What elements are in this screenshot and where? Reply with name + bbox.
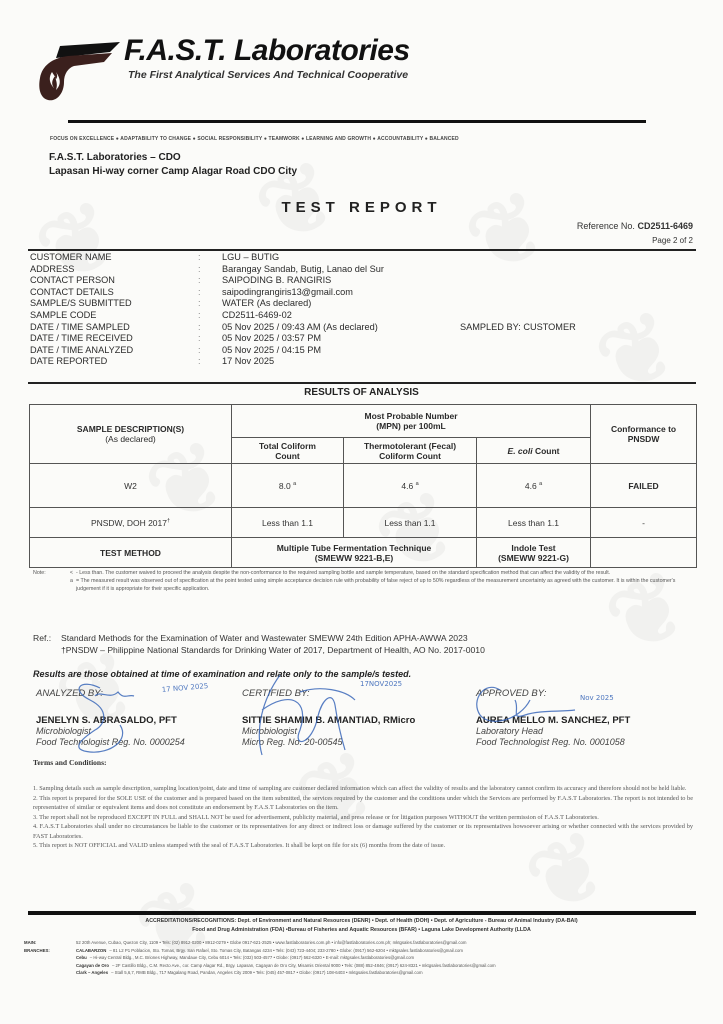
reference-text: Standard Methods for the Examination of …: [61, 632, 468, 644]
test-method-label: TEST METHOD: [30, 538, 232, 568]
brand-name: F.A.S.T. Laboratories: [124, 34, 410, 68]
info-label: DATE / TIME ANALYZED: [30, 345, 198, 357]
address-text: – 81 L2 P1 Poblacion, Sto. Tomas, Brgy. …: [109, 947, 463, 955]
value: 4.6: [525, 481, 537, 491]
header-label: SAMPLE DESCRIPTION(S): [32, 424, 229, 434]
results-disclaimer: Results are those obtained at time of ex…: [33, 669, 411, 679]
info-label: SAMPLE/S SUBMITTED: [30, 298, 198, 310]
signatory-registration: Food Technologist Reg. No. 0001058: [476, 737, 686, 748]
info-row-date-reported: DATE REPORTED:17 Nov 2025: [30, 356, 690, 368]
method-code: (SMEWW 9221-G): [479, 553, 588, 563]
flag: a: [416, 481, 419, 487]
note-item: a = The measured result was observed out…: [33, 577, 693, 593]
info-value: 05 Nov 2025 / 04:15 PM: [222, 345, 452, 357]
signatory-position: Microbiologist: [36, 726, 246, 737]
sample-info-block: CUSTOMER NAME:LGU – BUTIG ADDRESS:Barang…: [30, 252, 690, 368]
info-row-date-received: DATE / TIME RECEIVED:05 Nov 2025 / 03:57…: [30, 333, 690, 345]
reference-item: †PNSDW – Philippine National Standards f…: [33, 644, 693, 656]
header-ecoli: E. coli Count: [477, 438, 591, 464]
note-item: Note: < - Less than. The customer waived…: [33, 569, 693, 577]
results-table: SAMPLE DESCRIPTION(S) (As declared) Most…: [29, 404, 697, 568]
info-row-samples-submitted: SAMPLE/S SUBMITTED:WATER (As declared): [30, 298, 690, 310]
sample-description-cell: W2: [30, 464, 232, 508]
info-value: Barangay Sandab, Butig, Lanao del Sur: [222, 264, 452, 276]
flame-swoosh-logo: [38, 38, 120, 104]
address-branch: Clark – Angeles– Stall 5,6,7, RMB Bldg.,…: [24, 969, 704, 977]
info-value: saipodingrangiris13@gmail.com: [222, 287, 452, 299]
note-symbol: <: [61, 569, 76, 577]
branch-address: Lapasan Hi-way corner Camp Alagar Road C…: [49, 166, 297, 177]
sampled-by: SAMPLED BY: CUSTOMER: [452, 322, 690, 334]
note-label: Note:: [33, 569, 61, 577]
info-label: SAMPLE CODE: [30, 310, 198, 322]
dagger-mark: †: [167, 518, 170, 524]
address-text: 52 20th Avenue, Cubao, Quezon City, 1109…: [76, 939, 466, 947]
method-code: (SMEWW 9221-B,E): [234, 553, 474, 563]
reference-value: CD2511-6469: [637, 221, 693, 231]
total-coliform-cell: 8.0 a: [232, 464, 344, 508]
info-colon: :: [198, 287, 222, 299]
info-label: CONTACT DETAILS: [30, 287, 198, 299]
info-label: CUSTOMER NAME: [30, 252, 198, 264]
info-colon: :: [198, 356, 222, 368]
table-row-test-method: TEST METHOD Multiple Tube Fermentation T…: [30, 538, 697, 568]
notes-block: Note: < - Less than. The customer waived…: [33, 569, 693, 593]
info-label: DATE / TIME SAMPLED: [30, 322, 198, 334]
table-header-row: SAMPLE DESCRIPTION(S) (As declared) Most…: [30, 405, 697, 438]
info-value: WATER (As declared): [222, 298, 452, 310]
standard-conformance: -: [591, 508, 697, 538]
accreditations-line: ACCREDITATIONS/RECOGNITIONS: Dept. of En…: [20, 917, 703, 926]
address-text: – 2F Castillo Bldg., C.M. Recto Ave., co…: [112, 962, 496, 970]
header-label: Coliform Count: [346, 451, 474, 461]
branch-name: Clark – Angeles: [76, 969, 108, 977]
page-number: Page 2 of 2: [652, 236, 693, 245]
note-symbol: a: [61, 577, 76, 593]
address-label: BRANCHES:: [24, 947, 76, 955]
info-row-contact-details: CONTACT DETAILS:saipodingrangiris13@gmai…: [30, 287, 690, 299]
terms-item: 5. This report is NOT OFFICIAL and VALID…: [33, 841, 693, 851]
info-value: LGU – BUTIG: [222, 252, 452, 264]
address-branch: Cebu– Hi-way Central Bldg., M.C. Briones…: [24, 954, 704, 962]
terms-item: 1. Sampling details such as sample descr…: [33, 784, 693, 794]
reference-label: Ref.:: [33, 632, 61, 644]
branch-name: Cagayan de Oro: [76, 962, 109, 970]
brand-tagline: The First Analytical Services And Techni…: [128, 69, 408, 81]
table-row: W2 8.0 a 4.6 a 4.6 a FAILED: [30, 464, 697, 508]
reference-number: Reference No. CD2511-6469: [577, 221, 693, 231]
header-label: PNSDW: [593, 434, 694, 444]
info-row-date-analyzed: DATE / TIME ANALYZED:05 Nov 2025 / 04:15…: [30, 345, 690, 357]
note-label-spacer: [33, 577, 61, 593]
info-label: ADDRESS: [30, 264, 198, 276]
terms-item: 4. F.A.S.T Laboratories shall under no c…: [33, 822, 693, 841]
reference-item: Ref.:Standard Methods for the Examinatio…: [33, 632, 693, 644]
info-divider-bottom: [28, 382, 696, 384]
info-value: 17 Nov 2025: [222, 356, 452, 368]
reference-label: Reference No.: [577, 221, 635, 231]
info-value: 05 Nov 2025 / 03:57 PM: [222, 333, 452, 345]
info-label: DATE REPORTED: [30, 356, 198, 368]
standard-fecal-coliform: Less than 1.1: [344, 508, 477, 538]
test-method-mtf: Multiple Tube Fermentation Technique (SM…: [232, 538, 477, 568]
header-sublabel: (As declared): [32, 434, 229, 444]
value: 4.6: [401, 481, 413, 491]
signatory-role: APPROVED BY:: [476, 688, 686, 710]
header-total-coliform: Total Coliform Count: [232, 438, 344, 464]
method-name: Multiple Tube Fermentation Technique: [234, 543, 474, 553]
info-value: CD2511-6469-02: [222, 310, 452, 322]
signatory-role: ANALYZED BY:: [36, 688, 246, 710]
terms-item: 3. The report shall not be reproduced EX…: [33, 813, 693, 823]
info-value: 05 Nov 2025 / 09:43 AM (As declared): [222, 322, 452, 334]
terms-block: 1. Sampling details such as sample descr…: [33, 784, 693, 851]
header-label: (MPN) per 100mL: [234, 421, 588, 431]
reference-text: †PNSDW – Philippine National Standards f…: [61, 644, 485, 656]
standard-total-coliform: Less than 1.1: [232, 508, 344, 538]
header-conformance: Conformance to PNSDW: [591, 405, 697, 464]
header-label: Count: [234, 451, 341, 461]
office-addresses: MAIN:52 20th Avenue, Cubao, Quezon City,…: [24, 939, 704, 977]
branch-name: CALABARZON: [76, 947, 106, 955]
info-label: CONTACT PERSON: [30, 275, 198, 287]
value: PNSDW, DOH 2017: [91, 518, 167, 528]
address-text: – Stall 5,6,7, RMB Bldg., 717 Magalang R…: [111, 969, 422, 977]
flag: a: [539, 481, 542, 487]
header-mpn: Most Probable Number (MPN) per 100mL: [232, 405, 591, 438]
address-main: MAIN:52 20th Avenue, Cubao, Quezon City,…: [24, 939, 704, 947]
info-row-address: ADDRESS:Barangay Sandab, Butig, Lanao de…: [30, 264, 690, 276]
signatory-registration: Micro Reg. No. 20-00545: [242, 737, 452, 748]
info-colon: :: [198, 333, 222, 345]
standard-description-cell: PNSDW, DOH 2017†: [30, 508, 232, 538]
terms-item: 2. This report is prepared for the SOLE …: [33, 794, 693, 813]
header-label-italic: E. coli: [508, 446, 533, 456]
info-colon: :: [198, 264, 222, 276]
signatory-name: JENELYN S. ABRASALDO, PFT: [36, 715, 246, 726]
terms-title: Terms and Conditions:: [33, 758, 107, 767]
header-sample-description: SAMPLE DESCRIPTION(S) (As declared): [30, 405, 232, 464]
address-branch: Cagayan de Oro– 2F Castillo Bldg., C.M. …: [24, 962, 704, 970]
signatory-position: Microbiologist: [242, 726, 452, 737]
reference-spacer: [33, 644, 61, 656]
address-text: – Hi-way Central Bldg., M.C. Briones Hig…: [90, 954, 414, 962]
branch-name: Cebu: [76, 954, 87, 962]
signatory-position: Laboratory Head: [476, 726, 686, 737]
header-label: Count: [533, 446, 560, 456]
signatory-registration: Food Technologist Reg. No. 0000254: [36, 737, 246, 748]
signatory-name: AUREA MELLO M. SANCHEZ, PFT: [476, 715, 686, 726]
accreditations-line: Food and Drug Administration (FDA) •Bure…: [20, 926, 703, 935]
info-colon: :: [198, 275, 222, 287]
test-method-indole: Indole Test (SMEWW 9221-G): [477, 538, 591, 568]
signatory-name: SITTIE SHAMIM B. AMANTIAD, RMicro: [242, 715, 452, 726]
conformance-status: FAILED: [591, 464, 697, 508]
footer-divider: [28, 911, 696, 915]
info-colon: :: [198, 345, 222, 357]
info-colon: :: [198, 298, 222, 310]
test-method-empty: [591, 538, 697, 568]
standard-ecoli: Less than 1.1: [477, 508, 591, 538]
accreditations: ACCREDITATIONS/RECOGNITIONS: Dept. of En…: [20, 917, 703, 935]
info-colon: :: [198, 310, 222, 322]
method-name: Indole Test: [479, 543, 588, 553]
info-colon: :: [198, 252, 222, 264]
branch-name: F.A.S.T. Laboratories – CDO: [49, 152, 181, 163]
note-text: = The measured result was observed out o…: [76, 577, 693, 593]
signatory-approved-by: APPROVED BY: AUREA MELLO M. SANCHEZ, PFT…: [476, 688, 686, 748]
header-fecal-coliform: Thermotolerant (Fecal) Coliform Count: [344, 438, 477, 464]
info-divider-top: [28, 249, 696, 251]
handwritten-date-2: 17NOV2025: [360, 680, 402, 688]
page-title: TEST REPORT: [0, 199, 723, 216]
header-label: Conformance to: [593, 424, 694, 434]
address-spacer: [24, 954, 76, 962]
address-spacer: [24, 962, 76, 970]
address-spacer: [24, 969, 76, 977]
signatory-role: CERTIFIED BY:: [242, 688, 452, 710]
info-row-customer-name: CUSTOMER NAME:LGU – BUTIG: [30, 252, 690, 264]
note-text: - Less than. The customer waived to proc…: [76, 569, 693, 577]
signatory-analyzed-by: ANALYZED BY: JENELYN S. ABRASALDO, PFT M…: [36, 688, 246, 748]
header-label: Most Probable Number: [234, 411, 588, 421]
info-row-sample-code: SAMPLE CODE:CD2511-6469-02: [30, 310, 690, 322]
ecoli-cell: 4.6 a: [477, 464, 591, 508]
info-row-date-sampled: DATE / TIME SAMPLED:05 Nov 2025 / 09:43 …: [30, 322, 690, 334]
info-label: DATE / TIME RECEIVED: [30, 333, 198, 345]
value: 8.0: [279, 481, 291, 491]
info-row-contact-person: CONTACT PERSON:SAIPODING B. RANGIRIS: [30, 275, 690, 287]
table-row: PNSDW, DOH 2017† Less than 1.1 Less than…: [30, 508, 697, 538]
flag: a: [293, 481, 296, 487]
results-title: RESULTS OF ANALYSIS: [0, 387, 723, 398]
header-divider: [68, 120, 646, 123]
references-block: Ref.:Standard Methods for the Examinatio…: [33, 632, 693, 656]
info-value: SAIPODING B. RANGIRIS: [222, 275, 452, 287]
signatory-certified-by: CERTIFIED BY: SITTIE SHAMIM B. AMANTIAD,…: [242, 688, 452, 748]
fecal-coliform-cell: 4.6 a: [344, 464, 477, 508]
address-label: MAIN:: [24, 939, 76, 947]
header-label: Total Coliform: [234, 441, 341, 451]
core-values: FOCUS ON EXCELLENCE ● ADAPTABILITY TO CH…: [50, 136, 459, 142]
header-label: Thermotolerant (Fecal): [346, 441, 474, 451]
info-colon: :: [198, 322, 222, 334]
address-branch: BRANCHES:CALABARZON– 81 L2 P1 Poblacion,…: [24, 947, 704, 955]
